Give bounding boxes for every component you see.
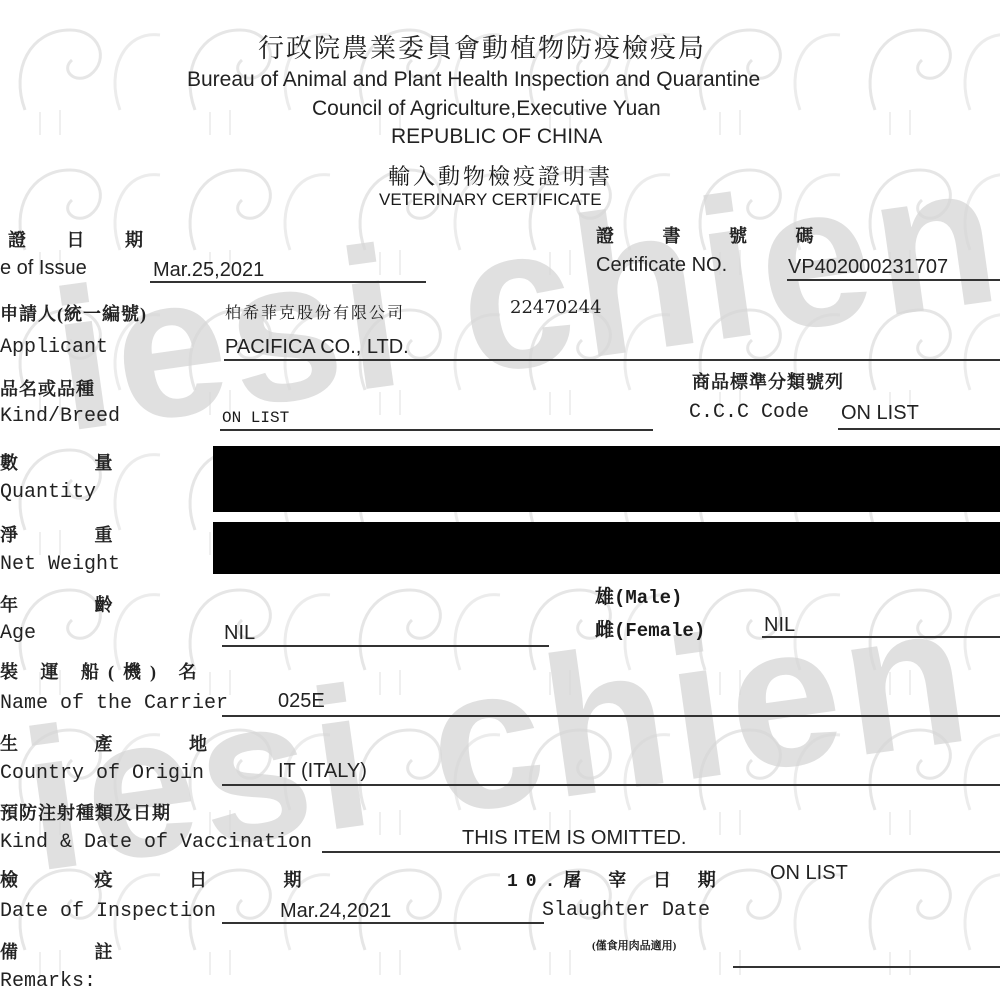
- inspection-label-cn: 檢 疫 日 期: [0, 866, 338, 892]
- age-underline: [222, 645, 549, 647]
- ccc-code-label-cn: 商品標準分類號列: [692, 368, 844, 394]
- age-label-cn: 年 齡: [0, 591, 149, 617]
- slaughter-underline: [733, 966, 1000, 968]
- vaccination-label: Kind & Date of Vaccination: [0, 831, 312, 854]
- date-of-issue-label-cn: 證 日 期: [8, 226, 161, 252]
- quantity-label: Quantity: [0, 481, 96, 504]
- agency-name-en: Bureau of Animal and Plant Health Inspec…: [187, 68, 760, 92]
- country-name: REPUBLIC OF CHINA: [391, 125, 602, 149]
- agency-name-cn: 行政院農業委員會動植物防疫檢疫局: [258, 28, 706, 65]
- applicant-name-cn: 柏希菲克股份有限公司: [225, 300, 405, 323]
- kind-breed-label-cn: 品名或品種: [0, 375, 95, 401]
- document-title-en: VETERINARY CERTIFICATE: [379, 190, 602, 210]
- applicant-underline: [224, 359, 1000, 361]
- document-title-cn: 輸入動物檢疫證明書: [388, 160, 613, 191]
- vaccination-label-cn: 預防注射種類及日期: [0, 799, 171, 825]
- sex-underline: [762, 636, 1000, 638]
- carrier-label: Name of the Carrier: [0, 692, 228, 715]
- origin-label-cn: 生 產 地: [0, 730, 243, 756]
- applicant-label-cn: 申請人(統一編號): [0, 300, 147, 326]
- certificate-no-value: VP402000231707: [788, 256, 948, 279]
- origin-underline: [222, 784, 1000, 786]
- applicant-tax-id: 22470244: [510, 297, 602, 318]
- slaughter-note-cn: (僅食用肉品適用): [592, 937, 676, 953]
- carrier-value: 025E: [278, 690, 325, 713]
- net-weight-redaction: [213, 522, 1000, 574]
- ccc-code-label: C.C.C Code: [689, 401, 809, 424]
- inspection-value: Mar.24,2021: [280, 900, 391, 923]
- date-of-issue-underline: [150, 281, 426, 283]
- net-weight-label: Net Weight: [0, 553, 120, 576]
- certificate-no-label-cn: 證 書 號 碼: [596, 222, 836, 248]
- ccc-code-underline: [838, 428, 1000, 430]
- applicant-label: Applicant: [0, 336, 108, 359]
- origin-label: Country of Origin: [0, 762, 204, 785]
- carrier-label-cn: 裝 運 船(機) 名: [0, 658, 206, 684]
- applicant-name-en: PACIFICA CO., LTD.: [225, 336, 409, 359]
- kind-breed-underline: [220, 429, 653, 431]
- certificate-no-underline: [787, 279, 1000, 281]
- age-value: NIL: [224, 622, 255, 645]
- vaccination-value: THIS ITEM IS OMITTED.: [462, 827, 686, 850]
- certificate-no-label: Certificate NO.: [596, 254, 727, 277]
- female-label: 雌(Female): [595, 615, 705, 642]
- slaughter-label: Slaughter Date: [542, 899, 710, 922]
- inspection-label: Date of Inspection: [0, 900, 216, 923]
- age-label: Age: [0, 622, 36, 645]
- slaughter-label-cn: 10.屠 宰 日 期: [507, 866, 724, 892]
- carrier-underline: [222, 715, 1000, 717]
- net-weight-label-cn: 淨 重: [0, 521, 149, 547]
- inspection-underline: [222, 922, 544, 924]
- remarks-label-cn: 備 註: [0, 938, 149, 964]
- male-label: 雄(Male): [595, 582, 682, 609]
- ccc-code-value: ON LIST: [841, 402, 919, 425]
- quantity-redaction: [213, 446, 1000, 512]
- veterinary-certificate: 行政院農業委員會動植物防疫檢疫局 Bureau of Animal and Pl…: [0, 0, 1000, 1000]
- council-name: Council of Agriculture,Executive Yuan: [312, 97, 661, 121]
- sex-value: NIL: [764, 614, 795, 637]
- date-of-issue-label: e of Issue: [0, 257, 87, 280]
- kind-breed-label: Kind/Breed: [0, 405, 120, 428]
- vaccination-underline: [322, 851, 1000, 853]
- date-of-issue-value: Mar.25,2021: [153, 259, 264, 282]
- origin-value: IT (ITALY): [278, 760, 367, 783]
- quantity-label-cn: 數 量: [0, 449, 149, 475]
- slaughter-value: ON LIST: [770, 862, 848, 885]
- kind-breed-value: ON LIST: [222, 409, 289, 427]
- remarks-label: Remarks:: [0, 970, 96, 993]
